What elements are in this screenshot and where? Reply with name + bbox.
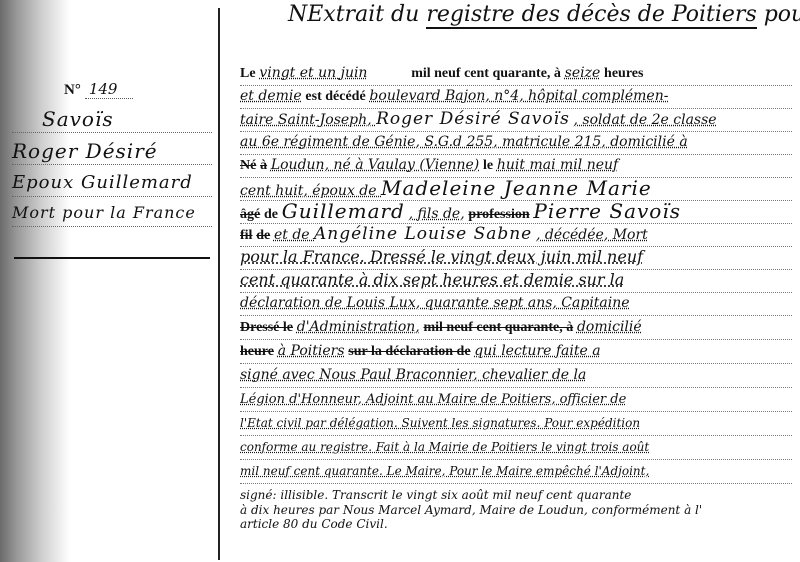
handwritten-text: Loudun, né à Vaulay (Vienne)	[271, 157, 479, 173]
handwritten-text: huit mai mil neuf	[497, 157, 618, 173]
handwritten-text: conforme au registre. Fait à la Mairie d…	[240, 440, 649, 454]
register-line: conforme au registre. Fait à la Mairie d…	[240, 436, 792, 460]
record-number: N°149	[64, 80, 133, 99]
struck-printed-text: Né	[240, 158, 256, 173]
title-year: pour 1940	[757, 2, 800, 27]
register-line: cent quarante à dix sept heures et demie…	[240, 269, 792, 293]
spouse-surname: Guillemard	[282, 200, 405, 223]
register-line: déclaration de Louis Lux, quarante sept …	[240, 292, 792, 316]
spouse-name: Madeleine Jeanne Marie	[381, 177, 652, 200]
handwritten-text: l'Etat civil par délégation. Suivent les…	[240, 416, 640, 430]
handwritten-text: et de	[274, 227, 314, 243]
handwritten-text: au 6e régiment de Génie, S.G.d 255, matr…	[240, 134, 688, 150]
margin-divider	[218, 8, 220, 560]
handwritten-text: à Poitiers	[278, 343, 345, 359]
register-line: l'Etat civil par délégation. Suivent les…	[240, 412, 792, 436]
handwritten-text: et demie	[240, 88, 302, 104]
struck-printed-text: à	[260, 158, 267, 173]
register-line: Dressé le d'Administration, mil neuf cen…	[240, 316, 792, 340]
handwritten-text: déclaration de Louis Lux, quarante sept …	[240, 295, 630, 311]
register-line: au 6e régiment de Génie, S.G.d 255, matr…	[240, 131, 792, 155]
margin-given-names: Roger Désiré	[12, 138, 212, 165]
register-line: Le vingt et un juin mil neuf cent quaran…	[240, 62, 792, 86]
register-line: mil neuf cent quarante. Le Maire, Pour l…	[240, 460, 792, 484]
struck-printed-text: mil neuf cent quarante, à	[423, 320, 573, 335]
margin-surname: Savoïs	[12, 106, 212, 133]
margin-end-rule	[14, 257, 210, 259]
handwritten-text: , fils de,	[409, 206, 465, 222]
register-line: taire Saint-Joseph, Roger Désiré Savoïs …	[240, 108, 792, 132]
page-binding-shadow	[0, 0, 70, 562]
title-prefix: N	[288, 2, 307, 27]
handwritten-text: Légion d'Honneur, Adjoint au Maire de Po…	[240, 392, 626, 407]
register-line: Né à Loudun, né à Vaulay (Vienne) le hui…	[240, 154, 792, 178]
struck-printed-text: de	[256, 228, 270, 243]
document-title: NExtrait du registre des décès de Poitie…	[288, 2, 788, 27]
handwritten-text: mil neuf cent quarante. Le Maire, Pour l…	[240, 464, 649, 478]
handwritten-text: seize	[565, 65, 601, 81]
title-extract: Extrait du	[307, 2, 426, 27]
handwritten-text: d'Administration,	[297, 319, 420, 335]
register-line: pour la France. Dressé le vingt deux jui…	[240, 246, 792, 270]
printed-text: le	[483, 158, 493, 173]
handwritten-text: , soldat de 2e classe	[574, 112, 717, 128]
printed-text: de	[264, 207, 278, 222]
handwritten-text: boulevard Bajon, n°4, hôpital complémen-	[369, 88, 668, 104]
handwritten-text: cent huit, époux de	[240, 183, 381, 199]
printed-text: Le	[240, 66, 256, 81]
deceased-name: Roger Désiré Savoïs	[376, 109, 570, 129]
handwritten-text: domicilié	[577, 319, 642, 335]
struck-printed-text: fil	[240, 228, 252, 243]
transcription-note-line: article 80 du Code Civil.	[240, 517, 792, 531]
printed-text: mil neuf cent quarante, à	[411, 66, 561, 81]
register-line: et demie est décédé boulevard Bajon, n°4…	[240, 85, 792, 109]
struck-printed-text: heure	[240, 344, 274, 359]
handwritten-text: , décédée, Mort	[536, 227, 648, 243]
struck-printed-text: sur la déclaration de	[348, 344, 470, 359]
register-line: âgé de Guillemard , fils de, profession …	[240, 200, 792, 224]
title-register: registre des décès de Poitiers	[426, 2, 756, 29]
record-number-value: 149	[85, 80, 134, 99]
handwritten-text: cent quarante à dix sept heures et demie…	[240, 270, 624, 289]
register-line: signé avec Nous Paul Braconnier, chevali…	[240, 364, 792, 388]
struck-printed-text: profession	[468, 207, 529, 222]
register-line: fil de et de Angéline Louise Sabne , déc…	[240, 223, 792, 247]
handwritten-text: qui lecture faite a	[474, 343, 600, 359]
printed-text: heures	[604, 66, 643, 81]
transcription-note-line: à dix heures par Nous Marcel Aymard, Mai…	[240, 503, 792, 517]
handwritten-text: taire Saint-Joseph,	[240, 112, 376, 128]
struck-printed-text: âgé	[240, 207, 260, 222]
margin-mention: Mort pour la France	[12, 200, 212, 227]
register-line: Légion d'Honneur, Adjoint au Maire de Po…	[240, 388, 792, 412]
record-number-label: N°	[64, 82, 81, 98]
register-line: cent huit, époux de Madeleine Jeanne Mar…	[240, 177, 792, 201]
handwritten-text: signé avec Nous Paul Braconnier, chevali…	[240, 367, 586, 383]
father-name: Pierre Savoïs	[533, 200, 681, 223]
register-line: heure à Poitiers sur la déclaration de q…	[240, 340, 792, 364]
transcription-note-line: signé: illisible. Transcrit le vingt six…	[240, 488, 792, 502]
printed-text: est décédé	[305, 89, 365, 104]
handwritten-text: vingt et un juin	[259, 65, 367, 81]
struck-printed-text: Dressé le	[240, 320, 293, 335]
margin-spouse: Epoux Guillemard	[12, 170, 212, 197]
handwritten-text: pour la France. Dressé le vingt deux jui…	[240, 247, 643, 266]
mother-name: Angéline Louise Sabne	[314, 224, 532, 244]
